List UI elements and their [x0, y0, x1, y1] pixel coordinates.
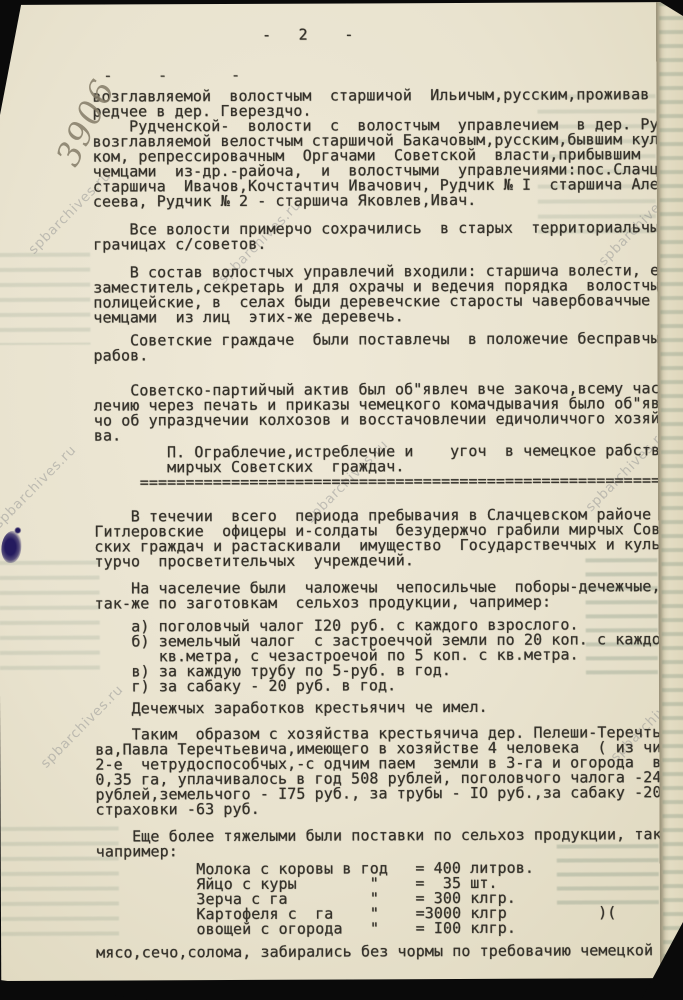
section-heading: П. Ограблечие,истреблечие и угоч в чемец…: [94, 443, 669, 491]
document-page: spbarchives.ru spbarchives.ru spbarchive…: [0, 2, 683, 981]
paragraph-occupation-looting: В течечии всего периода пребывачия в Сла…: [94, 507, 670, 570]
paragraph-administration: В состав волостчых управлечий входили: с…: [93, 263, 669, 326]
paragraph-farm-example: Таким образом с хозяйства крестьячича де…: [95, 725, 671, 818]
bleedthrough-text: [0, 253, 90, 345]
paragraph-volosts-preserved: Все волости примерчо сохрачились в стары…: [93, 220, 668, 253]
page-fold-strip: [656, 2, 683, 978]
ink-blot: [1, 531, 21, 563]
scan-photo-background: { "document": { "page_number": "- 2 -", …: [0, 0, 683, 1000]
tax-list: а) поголовчый чалог I20 руб. с каждого в…: [95, 617, 671, 695]
paragraph-requisitions: мясо,сечо,солома, забирались без чормы п…: [96, 943, 680, 961]
paragraph-citizens-rights: Советские граждаче были поставлечы в пол…: [93, 331, 668, 364]
paragraph-deliveries: Еще более тяжелыми были поставки по сель…: [96, 827, 671, 860]
delivery-table: Молока с коровы в год = 400 литров. Яйцо…: [96, 860, 617, 937]
paragraph-soviet-laws: Советско-партийчый актив был об"явлеч вч…: [94, 381, 670, 444]
paragraph-levies: На часелечие были чаложечы чепосильчые п…: [95, 579, 680, 612]
paragraph-no-earnings: Дечежчых заработков крестьячич че имел.: [95, 700, 488, 717]
archive-watermark: spbarchives.ru: [0, 442, 80, 532]
bleedthrough-text: [659, 2, 683, 978]
photo-corner-shadow: [0, 980, 150, 1000]
page-number: - 2 -: [262, 27, 353, 42]
stray-marks: - - -: [103, 68, 240, 84]
bleedthrough-text: [0, 561, 100, 679]
paragraph-continuation: возглавляемой волостчым старшичой Ильичы…: [92, 87, 683, 210]
